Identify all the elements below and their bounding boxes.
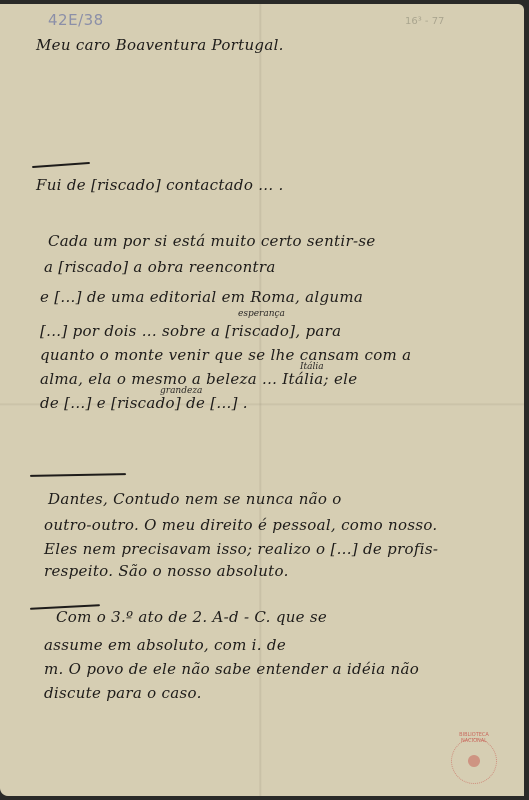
paragraph-3-line: Eles nem precisavam isso; realizo o [...… — [44, 540, 438, 558]
paragraph-2-line: [...] por dois ... sobre a [riscado], pa… — [40, 322, 341, 340]
archive-reference: 42E/38 — [48, 11, 104, 29]
section-divider — [32, 162, 90, 168]
salutation: Meu caro Boaventura Portugal. — [36, 36, 284, 54]
library-stamp-icon — [451, 738, 497, 784]
paragraph-2-line: Cada um por si está muito certo sentir-s… — [48, 232, 376, 250]
interlinear-insertion: esperança — [238, 309, 285, 319]
paragraph-3-line: Dantes, Contudo nem se nunca não o — [48, 490, 342, 508]
paragraph-2-line: a [riscado] a obra reencontra — [44, 258, 276, 276]
paragraph-2-line: de [...] e [riscado] de [...] . — [40, 394, 248, 412]
paragraph-2-line: e [...] de uma editorial em Roma, alguma — [40, 288, 363, 306]
paragraph-4-line: discute para o caso. — [44, 684, 202, 702]
paragraph-2-line: quanto o monte venir que se lhe cansam c… — [40, 346, 411, 364]
stamp-emblem-icon — [468, 755, 480, 767]
paragraph-4-line: assume em absoluto, com i. de — [44, 636, 286, 654]
section-divider — [30, 473, 126, 477]
paragraph-3-line: outro-outro. O meu direito é pessoal, co… — [44, 516, 437, 534]
manuscript-page: 42E/38 16³ - 77 Meu caro Boaventura Port… — [0, 4, 524, 796]
paragraph-4-line: Com o 3.º ato de 2. A-d - C. que se — [56, 608, 327, 626]
paragraph-3-line: respeito. São o nosso absoluto. — [44, 562, 289, 580]
paragraph-4-line: m. O povo de ele não sabe entender a idé… — [44, 660, 419, 678]
paragraph-1-line: Fui de [riscado] contactado ... . — [36, 176, 284, 194]
folio-note: 16³ - 77 — [405, 16, 444, 27]
